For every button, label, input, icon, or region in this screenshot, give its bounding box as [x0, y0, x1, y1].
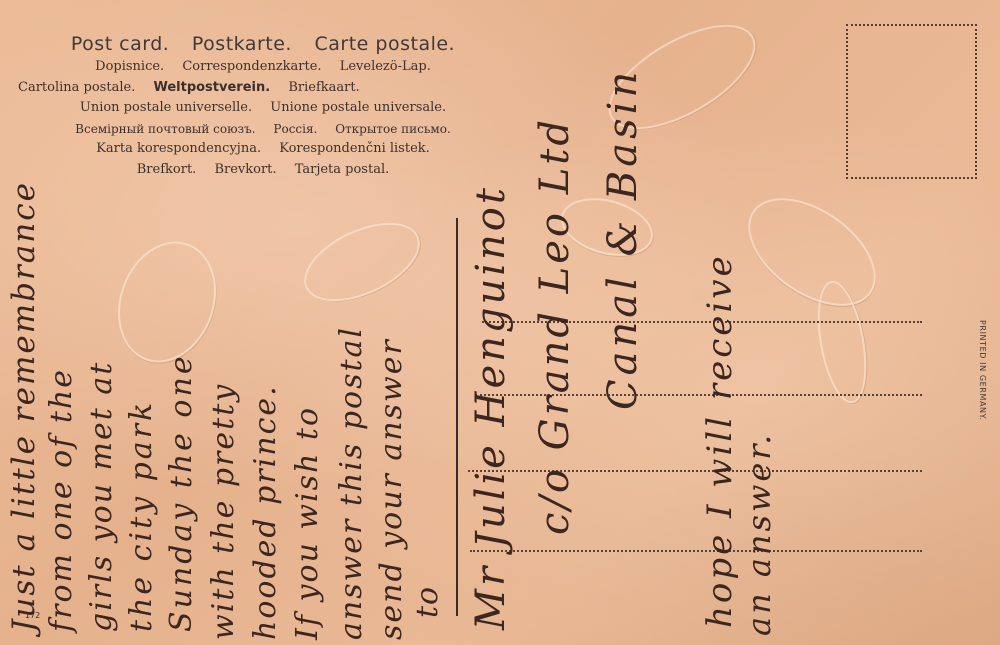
header-text: Всемірный почтовый союзъ. [75, 122, 255, 136]
header-text: Carte postale. [315, 33, 456, 55]
header-line: Всемірный почтовый союзъ. Россія. Открыт… [18, 119, 508, 140]
header-text: Post card. [71, 33, 169, 55]
handwritten-message-line: If you wish to [290, 406, 325, 640]
handwritten-message-line: girls you met at [84, 361, 119, 632]
handwritten-address-line: Mr Julie Henguinot [468, 185, 514, 630]
handwritten-message-line: to [410, 586, 445, 618]
header-text: Karta korespondencyjna. [96, 141, 261, 156]
header-text: Unione postale universale. [270, 100, 446, 115]
header-text: Correspondenzkarte. [182, 59, 321, 74]
header-text: Union postale universelle. [80, 100, 252, 115]
handwritten-closing-line: an answer. [740, 432, 778, 636]
printed-in-germany-label: PRINTED IN GERMANY. [978, 320, 987, 421]
header-text: Postkarte. [192, 33, 292, 55]
postcard-header: Post card. Postkarte. Carte postale. Dop… [18, 33, 508, 180]
header-text: Dopisnice. [95, 59, 164, 74]
header-text: Weltpostverein. [153, 80, 270, 95]
embossed-leaf-decoration [292, 207, 431, 317]
handwritten-message-line: answer this postal [334, 326, 369, 640]
header-text: Brefkort. [137, 162, 197, 177]
stamp-placeholder-box [846, 24, 977, 179]
handwritten-message-line: Sunday the one [164, 353, 199, 632]
handwritten-message-line: send your answer [374, 338, 409, 640]
header-text: Россія. [273, 122, 317, 136]
handwritten-message-line: with the pretty [206, 383, 241, 640]
header-text: Levelezö-Lap. [340, 59, 431, 74]
header-line: Karta korespondencyjna. Korespondenčni l… [18, 139, 508, 160]
header-text: Brevkort. [214, 162, 276, 177]
address-line [470, 550, 922, 552]
message-address-divider [456, 218, 458, 616]
header-line: Brefkort. Brevkort. Tarjeta postal. [18, 160, 508, 181]
handwritten-message-line: from one of the [44, 368, 79, 632]
handwritten-message-line: hooded prince. [248, 384, 283, 640]
header-text: Открытое письмо. [335, 122, 451, 136]
handwritten-message-line: the city park [124, 400, 159, 632]
header-text: Tarjeta postal. [295, 162, 390, 177]
handwritten-address-line: Canal & Basin [600, 68, 646, 410]
header-text: Briefkaart. [288, 80, 359, 95]
handwritten-closing-line: hope I will receive [700, 253, 740, 628]
header-line: Cartolina postale. Weltpostverein. Brief… [18, 78, 508, 99]
handwritten-message-line: Just a little remembrance [6, 181, 42, 632]
embossed-leaf-decoration [729, 176, 895, 327]
header-text: Cartolina postale. [18, 80, 135, 95]
handwritten-address-line: c/o Grand Leo Ltd [532, 117, 578, 535]
header-line: Dopisnice. Correspondenzkarte. Levelezö-… [18, 57, 508, 78]
header-text: Korespondenčni listek. [279, 141, 430, 156]
header-title-line: Post card. Postkarte. Carte postale. [18, 33, 508, 55]
header-line: Union postale universelle. Unione postal… [18, 98, 508, 119]
postcard-back: Post card. Postkarte. Carte postale. Dop… [0, 0, 1000, 645]
